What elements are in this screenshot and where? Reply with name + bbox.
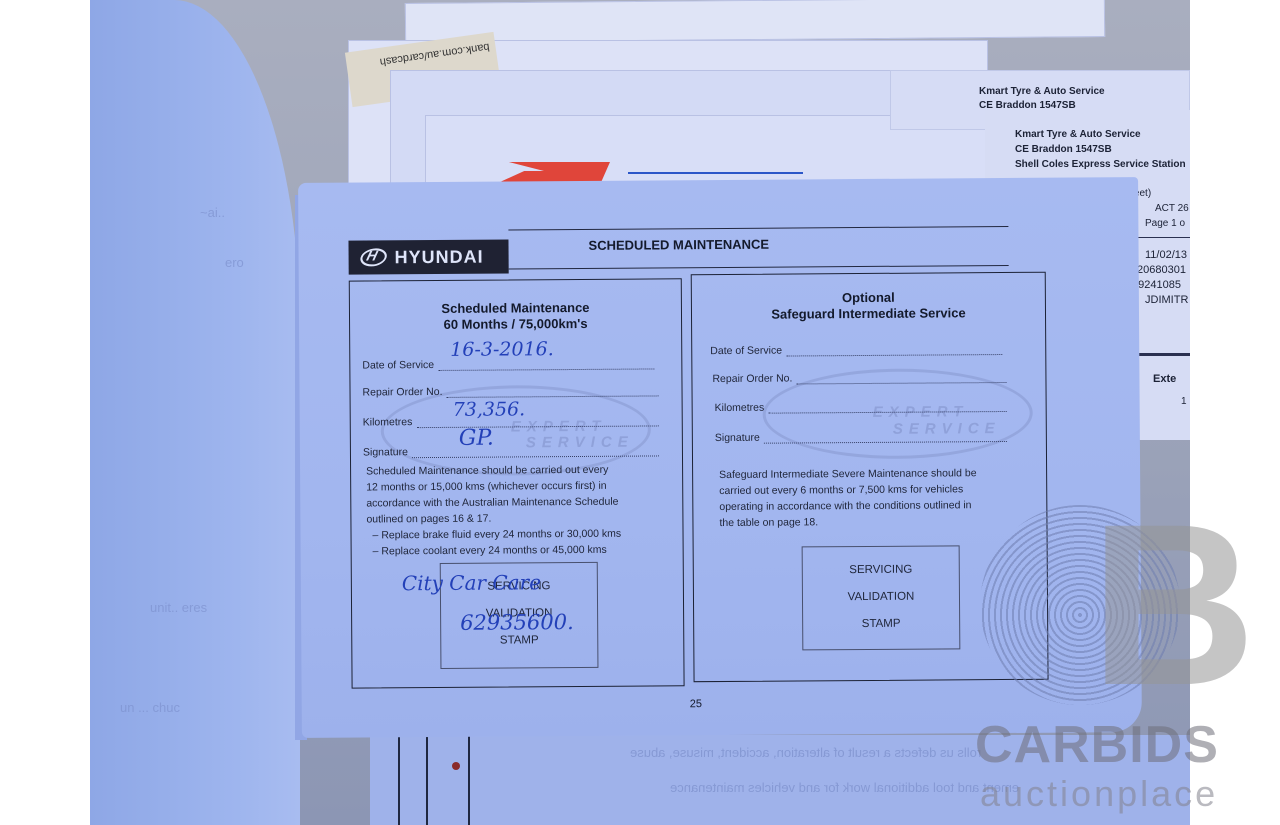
card-subtitle: 60 Months / 75,000km's — [350, 315, 681, 333]
kilometres-field: Kilometres — [715, 400, 1007, 414]
maintenance-notes: Scheduled Maintenance should be carried … — [366, 462, 621, 560]
left-page: ~ai.. ero unit.. eres un ... chuc — [90, 0, 300, 825]
hyundai-brand-badge: HYUNDAI — [348, 239, 508, 274]
note-line: Scheduled Maintenance should be carried … — [366, 462, 621, 480]
safeguard-intermediate-card: EXPERT SERVICE Optional Safeguard Interm… — [691, 272, 1049, 682]
note-line: accordance with the Australian Maintenan… — [366, 494, 621, 512]
page-number: 25 — [690, 698, 702, 710]
handwritten-date: 16-3-2016. — [450, 338, 554, 361]
field-label: Signature — [363, 446, 408, 458]
invoice-state: ACT 26 — [1155, 202, 1189, 216]
field-label: Date of Service — [710, 345, 782, 358]
section-title: SCHEDULED MAINTENANCE — [588, 237, 769, 253]
brand-name: HYUNDAI — [395, 246, 484, 268]
safeguard-notes: Safeguard Intermediate Severe Maintenanc… — [719, 465, 977, 531]
repair-order-field: Repair Order No. — [712, 371, 1006, 385]
invoice-line: Shell Coles Express Service Station — [1015, 158, 1186, 172]
note-line: carried out every 6 months or 7,500 kms … — [719, 481, 977, 499]
handwritten-stamp-phone: 62935600. — [460, 610, 574, 635]
stain-dot — [452, 762, 460, 770]
field-label: Repair Order No. — [712, 372, 792, 385]
invoice-number: 99241085 — [1132, 278, 1181, 292]
hyundai-logo-icon — [358, 248, 389, 266]
field-label: Kilometres — [715, 402, 765, 414]
photo: bank.com.au/cardcash Kmart Tyre & Auto S… — [90, 0, 1190, 825]
stamp-line: VALIDATION — [803, 583, 959, 611]
note-line: Safeguard Intermediate Severe Maintenanc… — [719, 465, 977, 483]
blue-line-fragment — [628, 172, 803, 178]
validation-stamp-box: SERVICING VALIDATION STAMP — [802, 545, 961, 650]
signature-field: Signature — [715, 430, 1007, 444]
service-book-page: HYUNDAI SCHEDULED MAINTENANCE EXPERT SER… — [298, 177, 1142, 738]
note-line: operating in accordance with the conditi… — [719, 497, 977, 515]
note-line: 12 months or 15,000 kms (whichever occur… — [366, 478, 621, 496]
invoice-user: JDIMITR — [1145, 293, 1188, 307]
note-line: – Replace coolant every 24 months or 45,… — [367, 542, 622, 560]
invoice-line: CE Braddon 1547SB — [1015, 143, 1112, 157]
handwritten-stamp-name: City Car Care — [402, 570, 541, 595]
field-label: Kilometres — [363, 416, 413, 428]
invoice-number: 20680301 — [1137, 263, 1186, 277]
stamp-line: SERVICING — [803, 556, 959, 584]
invoice-top-line: Kmart Tyre & Auto Service — [979, 85, 1105, 99]
repair-order-field: Repair Order No. — [362, 384, 658, 398]
handwritten-signature: GP. — [459, 426, 494, 451]
invoice-line: Kmart Tyre & Auto Service — [1015, 128, 1141, 142]
note-line: outlined on pages 16 & 17. — [366, 510, 621, 528]
invoice-value: 1 — [1181, 395, 1187, 409]
card-subtitle: Safeguard Intermediate Service — [692, 305, 1045, 323]
date-of-service-field: Date of Service — [710, 343, 1002, 357]
note-line: the table on page 18. — [719, 513, 977, 531]
invoice-date: 11/02/13 — [1145, 248, 1187, 262]
invoice-page: Page 1 o — [1145, 217, 1185, 231]
scheduled-maintenance-card: EXPERT SERVICE Scheduled Maintenance 60 … — [349, 278, 685, 688]
field-label: Signature — [715, 432, 760, 444]
invoice-column: Exte — [1153, 372, 1176, 386]
handwritten-kilometres: 73,356. — [453, 398, 526, 421]
note-line: – Replace brake fluid every 24 months or… — [366, 526, 621, 544]
field-label: Repair Order No. — [362, 386, 442, 399]
field-label: Date of Service — [362, 359, 434, 372]
background-paper — [405, 0, 1105, 43]
signature-field: Signature — [363, 444, 659, 458]
stamp-line: STAMP — [803, 610, 959, 638]
bottom-page-stack: rolls us defects a result of alteration,… — [370, 735, 1190, 825]
